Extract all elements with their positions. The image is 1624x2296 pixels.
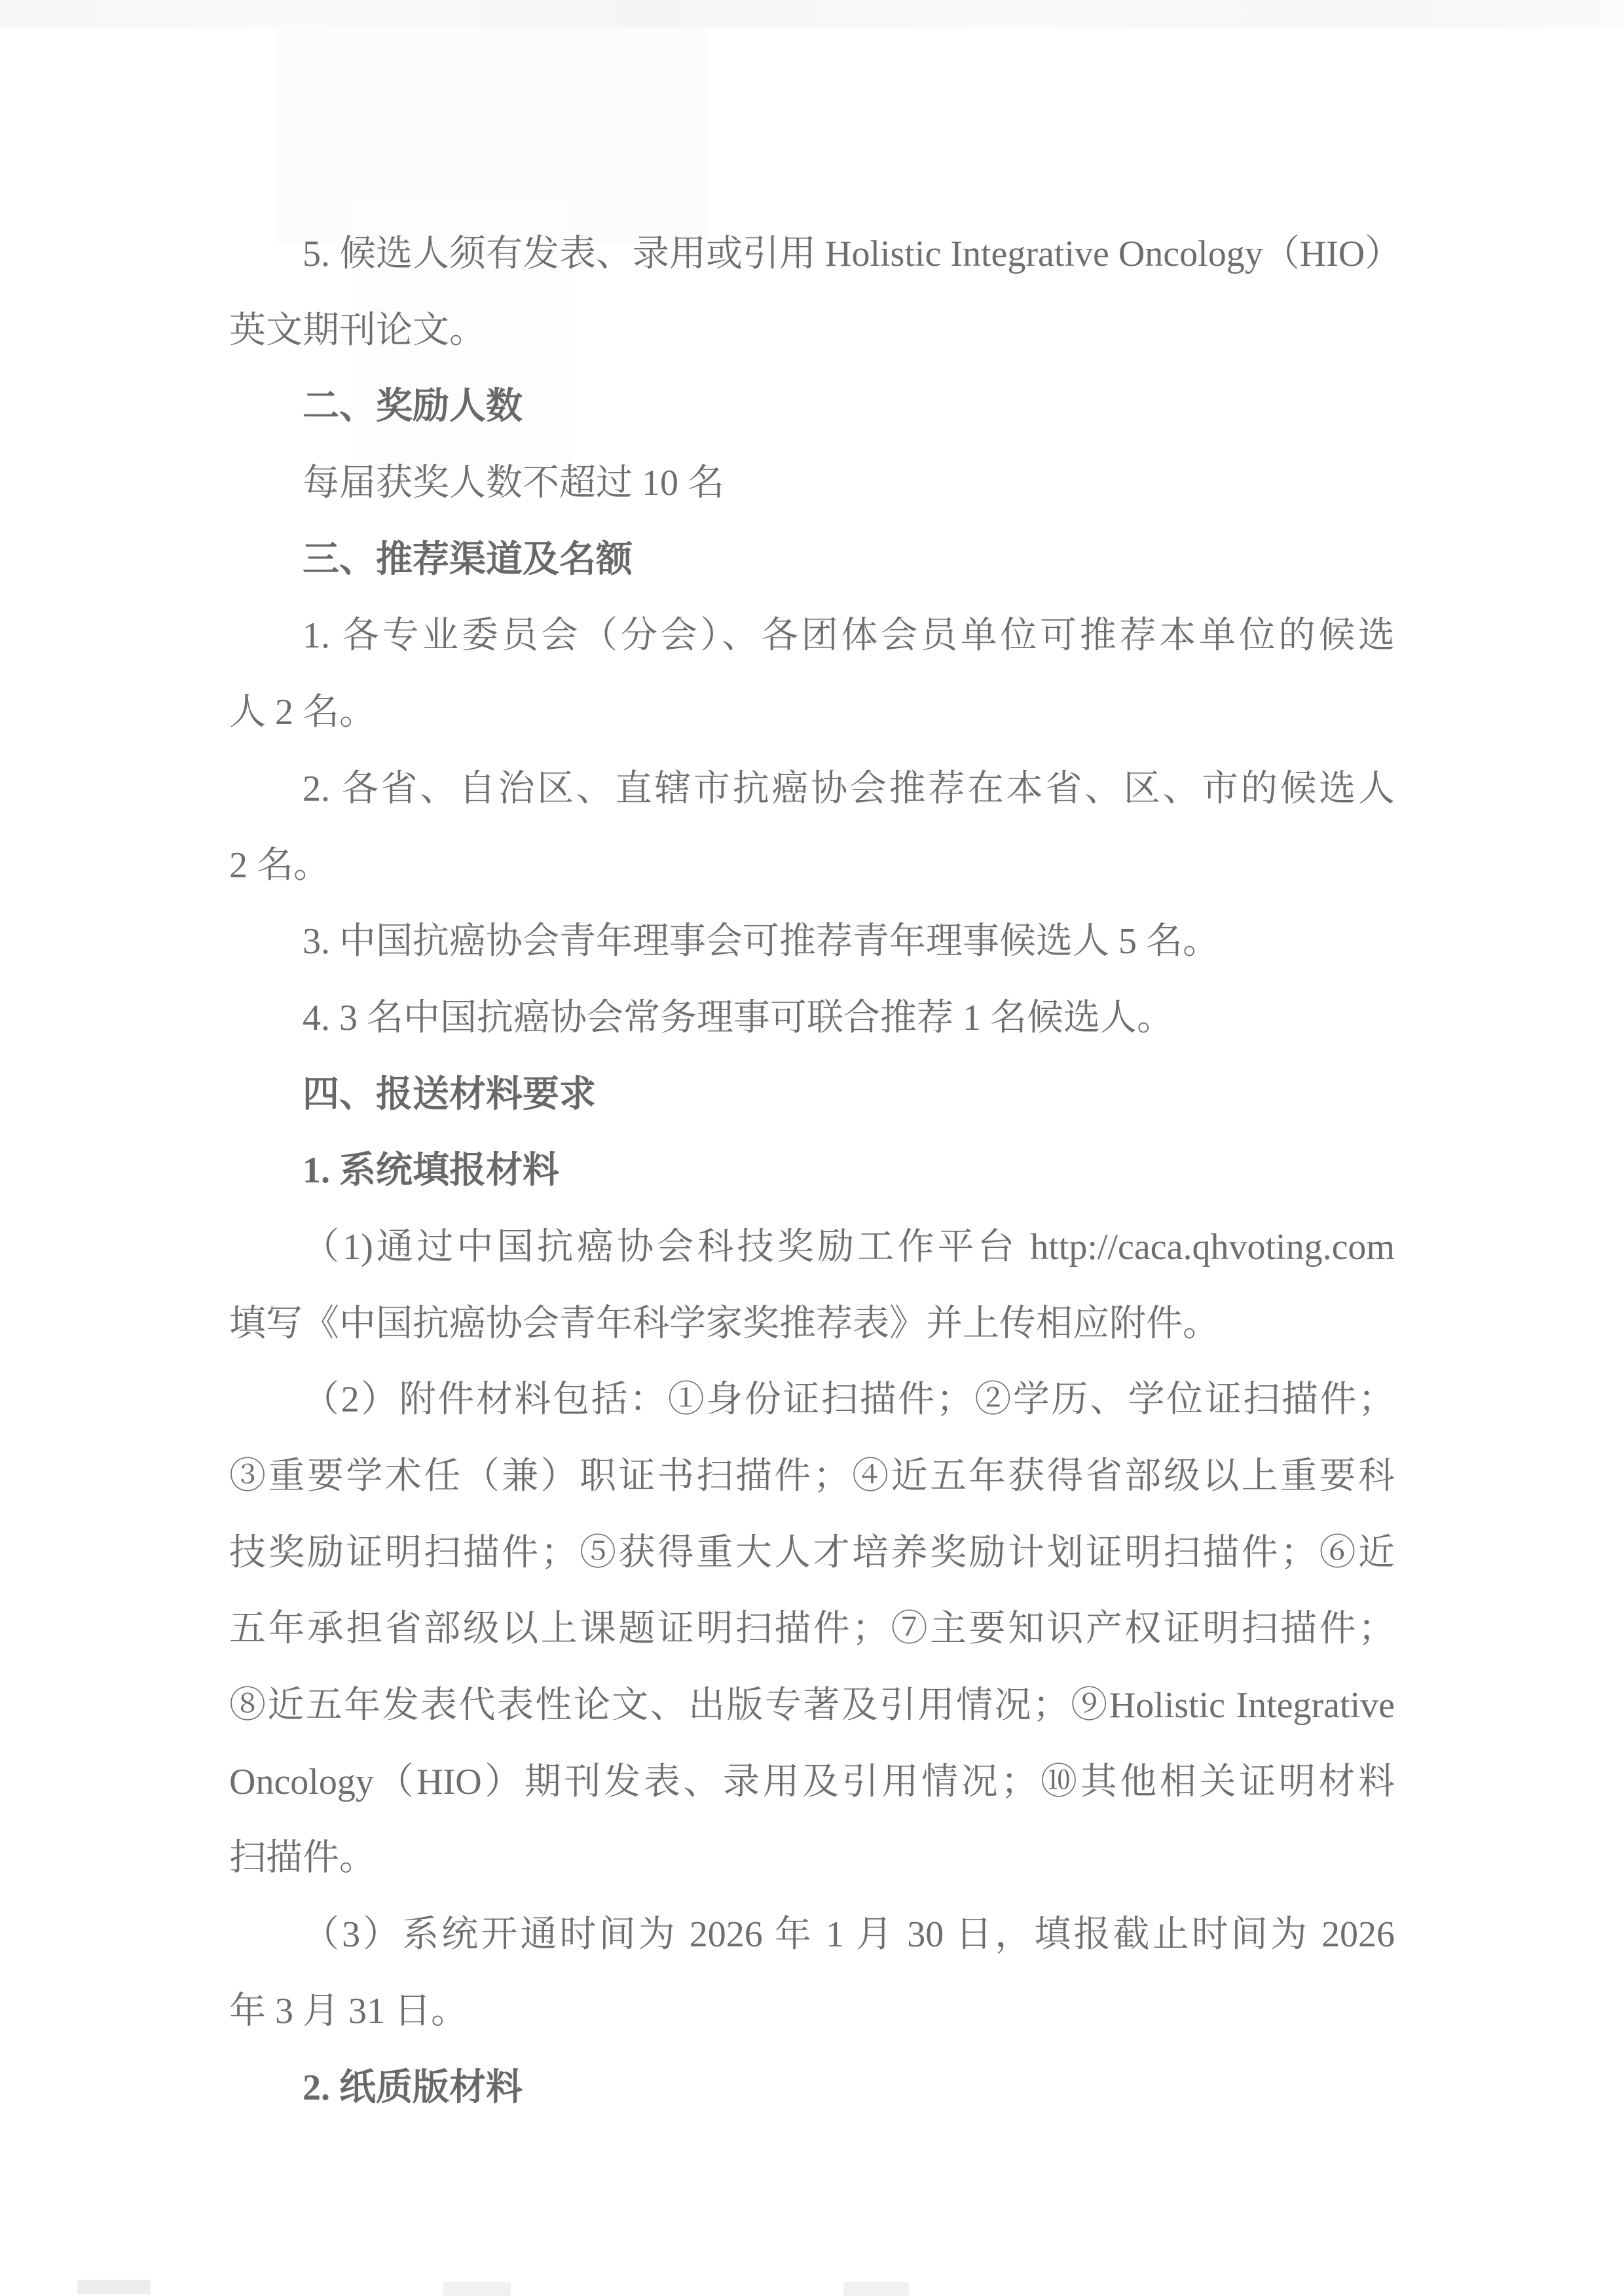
line-attachments-3: 技奖励证明扫描件；⑤获得重大人才培养奖励计划证明扫描件；⑥近 [229, 1515, 1395, 1592]
scan-artifact-mark [443, 2282, 511, 2296]
line-item5-candidate-hio: 5. 候选人须有发表、录用或引用 Holistic Integrative On… [229, 216, 1395, 293]
line-channel2-continuation: 2 名。 [229, 828, 1395, 904]
heading-paper-materials: 2. 纸质版材料 [229, 2050, 1395, 2126]
line-channel2-provinces: 2. 各省、自治区、直辖市抗癌协会推荐在本省、区、市的候选人 [229, 751, 1395, 828]
scan-artifact-top-band [0, 0, 1624, 27]
line-item5-continuation: 英文期刊论文。 [229, 293, 1395, 369]
line-channel1-continuation: 人 2 名。 [229, 674, 1395, 751]
heading-section2-award-count: 二、奖励人数 [229, 369, 1395, 445]
line-platform-continuation: 填写《中国抗癌协会青年科学家奖推荐表》并上传相应附件。 [229, 1286, 1395, 1362]
line-award-count-limit: 每届获奖人数不超过 10 名 [229, 445, 1395, 522]
line-attachments-5: ⑧近五年发表代表性论文、出版专著及引用情况；⑨Holistic Integrat… [229, 1667, 1395, 1744]
heading-section3-channels-quota: 三、推荐渠道及名额 [229, 522, 1395, 598]
heading-system-materials: 1. 系统填报材料 [229, 1133, 1395, 1209]
line-attachments-end: 扫描件。 [229, 1820, 1395, 1897]
document-text-block: 5. 候选人须有发表、录用或引用 Holistic Integrative On… [229, 216, 1395, 2126]
line-platform-url: （1)通过中国抗癌协会科技奖励工作平台 http://caca.qhvoting… [229, 1209, 1395, 1286]
line-system-time-continuation: 年 3 月 31 日。 [229, 1973, 1395, 2050]
line-channel3-youth-council: 3. 中国抗癌协会青年理事会可推荐青年理事候选人 5 名。 [229, 903, 1395, 980]
document-page: { "page": { "background_color": "#ffffff… [0, 0, 1624, 2296]
line-system-open-time: （3）系统开通时间为 2026 年 1 月 30 日，填报截止时间为 2026 [229, 1897, 1395, 1973]
line-attachments-6: Oncology（HIO）期刊发表、录用及引用情况；⑩其他相关证明材料 [229, 1744, 1395, 1821]
line-attachments-1: （2）附件材料包括：①身份证扫描件；②学历、学位证扫描件； [229, 1362, 1395, 1438]
line-channel4-directors: 4. 3 名中国抗癌协会常务理事可联合推荐 1 名候选人。 [229, 980, 1395, 1057]
scan-artifact-mark [843, 2282, 909, 2296]
line-channel1-committees: 1. 各专业委员会（分会）、各团体会员单位可推荐本单位的候选 [229, 598, 1395, 674]
scan-artifact-mark [77, 2280, 151, 2294]
heading-section4-materials: 四、报送材料要求 [229, 1057, 1395, 1133]
line-attachments-2: ③重要学术任（兼）职证书扫描件；④近五年获得省部级以上重要科 [229, 1438, 1395, 1515]
line-attachments-4: 五年承担省部级以上课题证明扫描件；⑦主要知识产权证明扫描件； [229, 1591, 1395, 1667]
